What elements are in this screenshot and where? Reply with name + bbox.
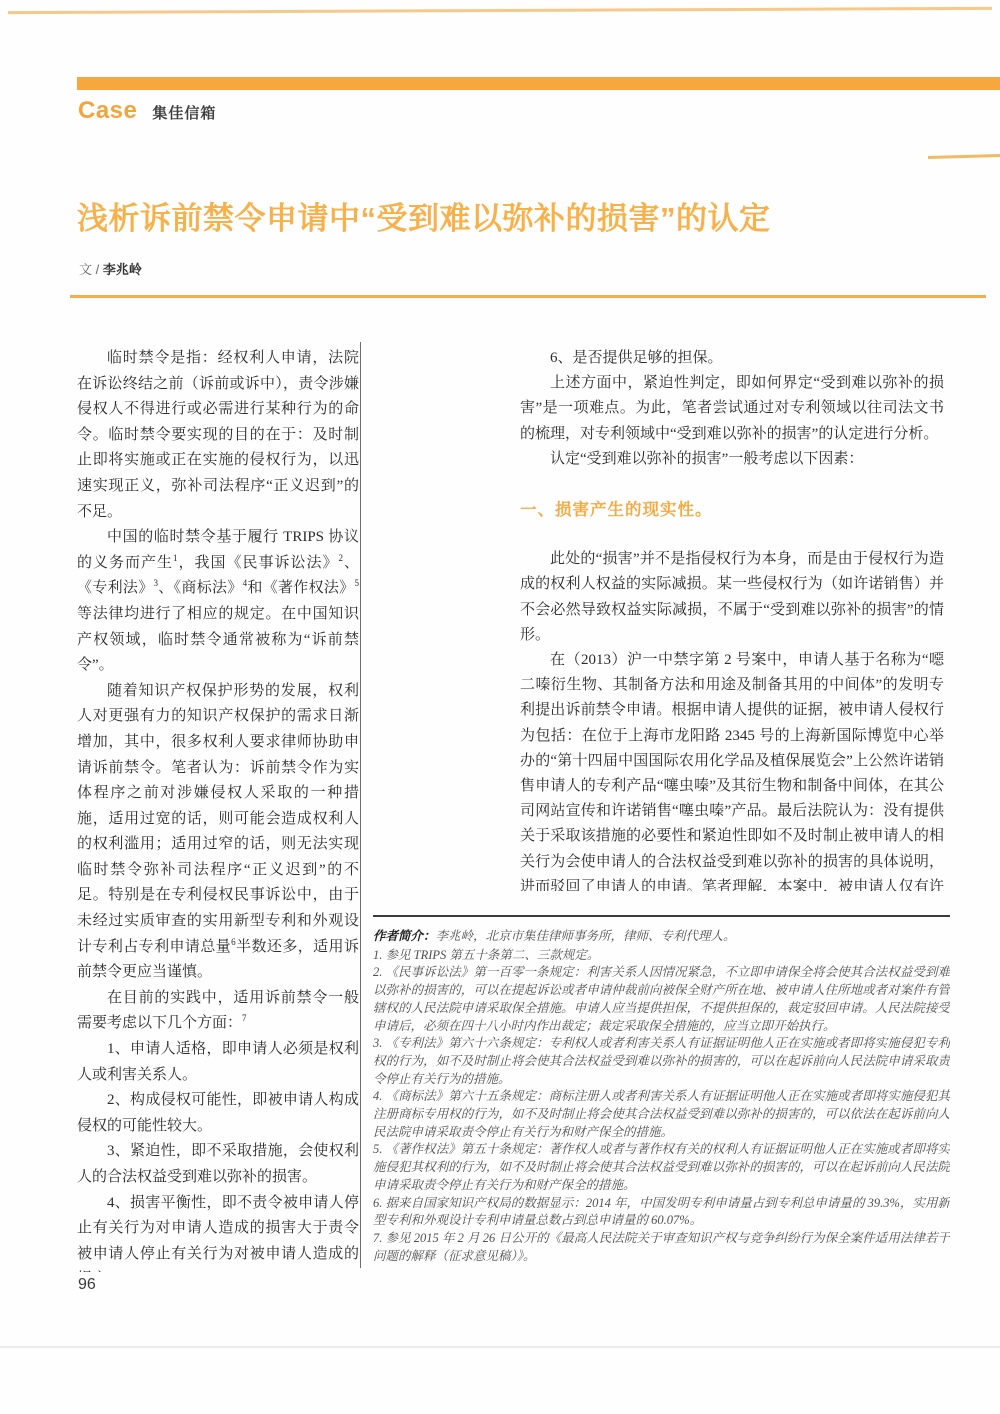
footnote-item: 3. 《专利法》第六十六条规定：专利权人或者利害关系人有证据证明他人正在实施或者… <box>373 1035 950 1088</box>
left-column: 临时禁令是指：经权利人申请，法院在诉讼终结之前（诉前或诉中），责令涉嫌侵权人不得… <box>77 346 359 1272</box>
footnote-item: 1. 参见 TRIPS 第五十条第二、三款规定。 <box>373 947 950 965</box>
paragraph: 6、是否提供足够的担保。 <box>520 346 944 371</box>
bottom-edge-line <box>0 1346 1000 1348</box>
paragraph: 在（2013）沪一中禁字第 2 号案中，申请人基于名称为“噁二嗪衍生物、其制备方… <box>520 648 944 891</box>
footnote-item: 5. 《著作权法》第五十条规定：著作权人或者与著作权有关的权利人有证据证明他人正… <box>373 1141 950 1194</box>
footnote-number: 1. <box>373 948 386 962</box>
paragraph: 上述方面中，紧迫性判定，即如何界定“受到难以弥补的损害”是一项难点。为此，笔者尝… <box>520 371 944 447</box>
author-bio: 作者简介：李兆岭，北京市集佳律师事务所，律师、专利代理人。 <box>373 928 950 946</box>
byline: 文 / 李兆岭 <box>79 259 142 278</box>
author-name: 李兆岭 <box>103 262 142 277</box>
footnote-item: 2. 《民事诉讼法》第一百零一条规定：利害关系人因情况紧急，不立即申请保全将会使… <box>373 964 950 1035</box>
column-tag: Case <box>78 97 137 125</box>
paragraph: 此处的“损害”并不是指侵权行为本身，而是由于侵权行为造成的权利人权益的实际减损。… <box>520 547 944 648</box>
footnote-number: 2. <box>373 965 386 979</box>
footnote-number: 3. <box>373 1036 386 1050</box>
page-number: 96 <box>78 1276 96 1294</box>
paragraph: 在目前的实践中，适用诉前禁令一般需要考虑以下几个方面：7 <box>77 986 359 1037</box>
footnote-number: 6. <box>373 1196 386 1210</box>
paragraph: 2、构成侵权可能性，即被申请人构成侵权的可能性较大。 <box>77 1088 359 1139</box>
article-title: 浅析诉前禁令申请中“受到难以弥补的损害”的认定 <box>77 193 957 238</box>
top-edge-line <box>8 7 992 14</box>
byline-prefix: 文 / <box>79 262 103 277</box>
paragraph: 1、申请人适格，即申请人必须是权利人或利害关系人。 <box>77 1037 359 1088</box>
magazine-page: Case 集佳信箱 浅析诉前禁令申请中“受到难以弥补的损害”的认定 文 / 李兆… <box>0 0 1000 1414</box>
right-column: 6、是否提供足够的担保。上述方面中，紧迫性判定，即如何界定“受到难以弥补的损害”… <box>520 346 944 891</box>
paragraph: 中国的临时禁令基于履行 TRIPS 协议的义务而产生1，我国《民事诉讼法》2、《… <box>77 525 359 679</box>
column-header: Case 集佳信箱 <box>78 97 216 125</box>
column-name: 集佳信箱 <box>152 102 216 123</box>
footnote-item: 6. 据来自国家知识产权局的数据显示：2014 年，中国发明专利申请量占到专利总… <box>373 1195 950 1230</box>
paragraph: 临时禁令是指：经权利人申请，法院在诉讼终结之前（诉前或诉中），责令涉嫌侵权人不得… <box>77 346 359 525</box>
paragraph: 4、损害平衡性，即不责令被申请人停止有关行为对申请人造成的损害大于责令被申请人停… <box>77 1191 359 1272</box>
paragraph: 3、紧迫性，即不采取措施，会使权利人的合法权益受到难以弥补的损害。 <box>77 1139 359 1190</box>
author-bio-label: 作者简介： <box>373 929 436 943</box>
right-edge-line <box>928 154 1000 159</box>
footnote-list: 1. 参见 TRIPS 第五十条第二、三款规定。2. 《民事诉讼法》第一百零一条… <box>373 947 950 1266</box>
footnote-number: 4. <box>373 1089 386 1103</box>
footnote-item: 7. 参见 2015 年 2 月 26 日公开的《最高人民法院关于审查知识产权与… <box>373 1230 950 1265</box>
footnote-number: 5. <box>373 1142 386 1156</box>
paragraph: 认定“受到难以弥补的损害”一般考虑以下因素： <box>520 447 944 472</box>
column-divider-line <box>360 342 361 1268</box>
header-orange-bar <box>77 77 1000 90</box>
paragraph: 随着知识产权保护形势的发展，权利人对更强有力的知识产权保护的需求日渐增加，其中，… <box>77 679 359 986</box>
title-separator-line <box>70 295 986 298</box>
footnote-item: 4. 《商标法》第六十五条规定：商标注册人或者利害关系人有证据证明他人正在实施或… <box>373 1088 950 1141</box>
author-bio-text: 李兆岭，北京市集佳律师事务所，律师、专利代理人。 <box>436 929 736 943</box>
footnotes-block: 作者简介：李兆岭，北京市集佳律师事务所，律师、专利代理人。 1. 参见 TRIP… <box>373 915 950 1267</box>
footnote-number: 7. <box>373 1231 386 1245</box>
section-heading: 一、损害产生的现实性。 <box>520 498 944 523</box>
